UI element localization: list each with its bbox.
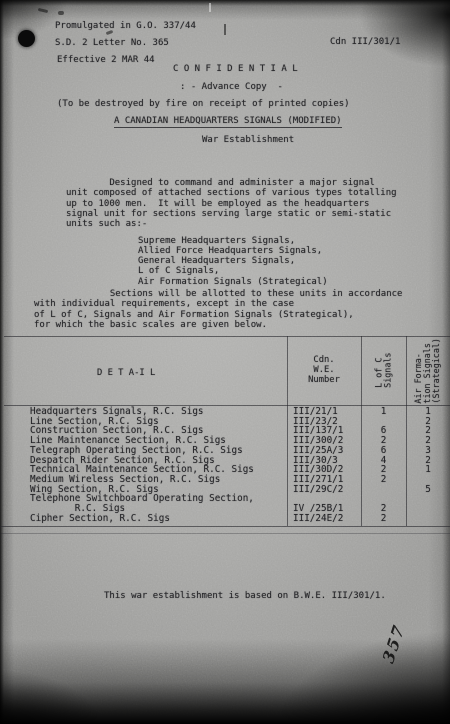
cell-air-formation: 1 (406, 465, 450, 475)
column-header-air-formation-text: Air Forma- tion Signals (Strategical) (414, 338, 442, 404)
cell-detail: Telephone Switchboard Operating Section,… (0, 494, 287, 513)
document-title: A CANADIAN HEADQUARTERS SIGNALS (MODIFIE… (114, 116, 342, 128)
reference-number: Cdn III/301/1 (330, 37, 400, 47)
unit-list-item: L of C Signals, (138, 266, 219, 276)
column-header-loc-signals: L of C Signals (361, 336, 406, 405)
effective-date-line: Effective 2 MAR 44 (57, 55, 155, 65)
table-row: Telephone Switchboard Operating Section,… (0, 494, 450, 513)
ink-speck (58, 11, 64, 15)
footer-basis-note: This war establishment is based on B.W.E… (104, 591, 386, 601)
ink-speck (38, 8, 48, 13)
table-bottom-rule-2 (0, 533, 450, 534)
scratch-mark (209, 3, 211, 12)
destroy-note: (To be destroyed by fire on receipt of p… (57, 99, 350, 109)
cell-we-number: III/29C/2 (287, 485, 361, 495)
hole-punch-mark (18, 30, 35, 47)
table-bottom-rule (0, 526, 450, 527)
scanned-document-page: Promulgated in G.O. 337/44 S.D. 2 Letter… (0, 0, 450, 724)
unit-list-item: Allied Force Headquarters Signals, (138, 246, 322, 256)
establishment-table-body: Headquarters Signals, R.C. Sigs III/21/1… (0, 407, 450, 523)
promulgated-line: Promulgated in G.O. 337/44 (55, 21, 196, 31)
cell-we-number: III/24E/2 (287, 514, 361, 524)
unit-list-item: General Headquarters Signals, (138, 256, 295, 266)
column-header-loc-signals-text: L of C Signals (374, 353, 392, 388)
advance-copy-label: : - Advance Copy - (180, 82, 283, 92)
classification-label: C O N F I D E N T I A L (173, 64, 298, 74)
paragraph-sections: Sections will be allotted to these units… (34, 289, 402, 330)
cell-loc-signals: 2 (361, 514, 406, 524)
column-header-detail: D E T A-I L (97, 368, 155, 378)
cell-loc-signals: 2 (361, 475, 406, 485)
column-header-air-formation: Air Forma- tion Signals (Strategical) (406, 336, 450, 405)
unit-list-item: Air Formation Signals (Strategical) (138, 277, 328, 287)
unit-list-item: Supreme Headquarters Signals, (138, 236, 295, 246)
cell-air-formation: 5 (406, 485, 450, 495)
document-subtitle: War Establishment (202, 135, 294, 145)
ink-speck (224, 24, 226, 35)
cell-loc-signals: 1 (361, 407, 406, 417)
handwritten-page-number: 357 (379, 621, 409, 666)
cell-detail: Cipher Section, R.C. Sigs (0, 514, 287, 524)
table-row: Cipher Section, R.C. Sigs III/24E/2 2 (0, 514, 450, 524)
sd-letter-line: S.D. 2 Letter No. 365 (55, 38, 169, 48)
paragraph-designed: Designed to command and administer a maj… (66, 178, 397, 229)
column-header-we-number: Cdn. W.E. Number (287, 355, 361, 385)
